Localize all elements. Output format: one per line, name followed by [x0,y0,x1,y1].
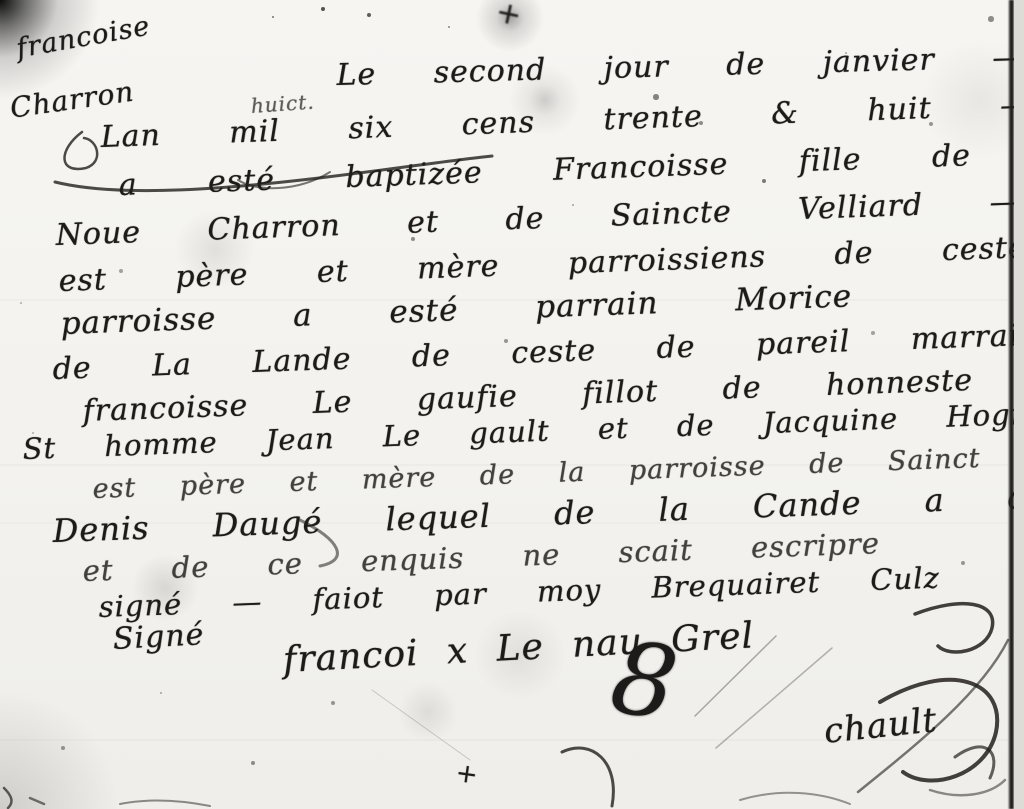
margin-note-name-line2: Charron [8,75,136,125]
manuscript-line-1: Le second jour de janvier — [336,40,1024,93]
margin-note-name-line1: francoise [14,11,153,65]
page-edge-margin [1014,0,1024,809]
bottom-cross-mark: + [454,758,481,791]
top-cross-mark: + [493,0,526,34]
document-scan: francoise Charron huict. Le second jour … [0,0,1024,809]
ink-speckles [0,0,2,2]
baptism-signature: francoi x Le nau Grel [282,615,755,681]
counter-signature: chault [822,700,939,752]
manuscript-line-14-signed-label: Signé [112,617,205,657]
